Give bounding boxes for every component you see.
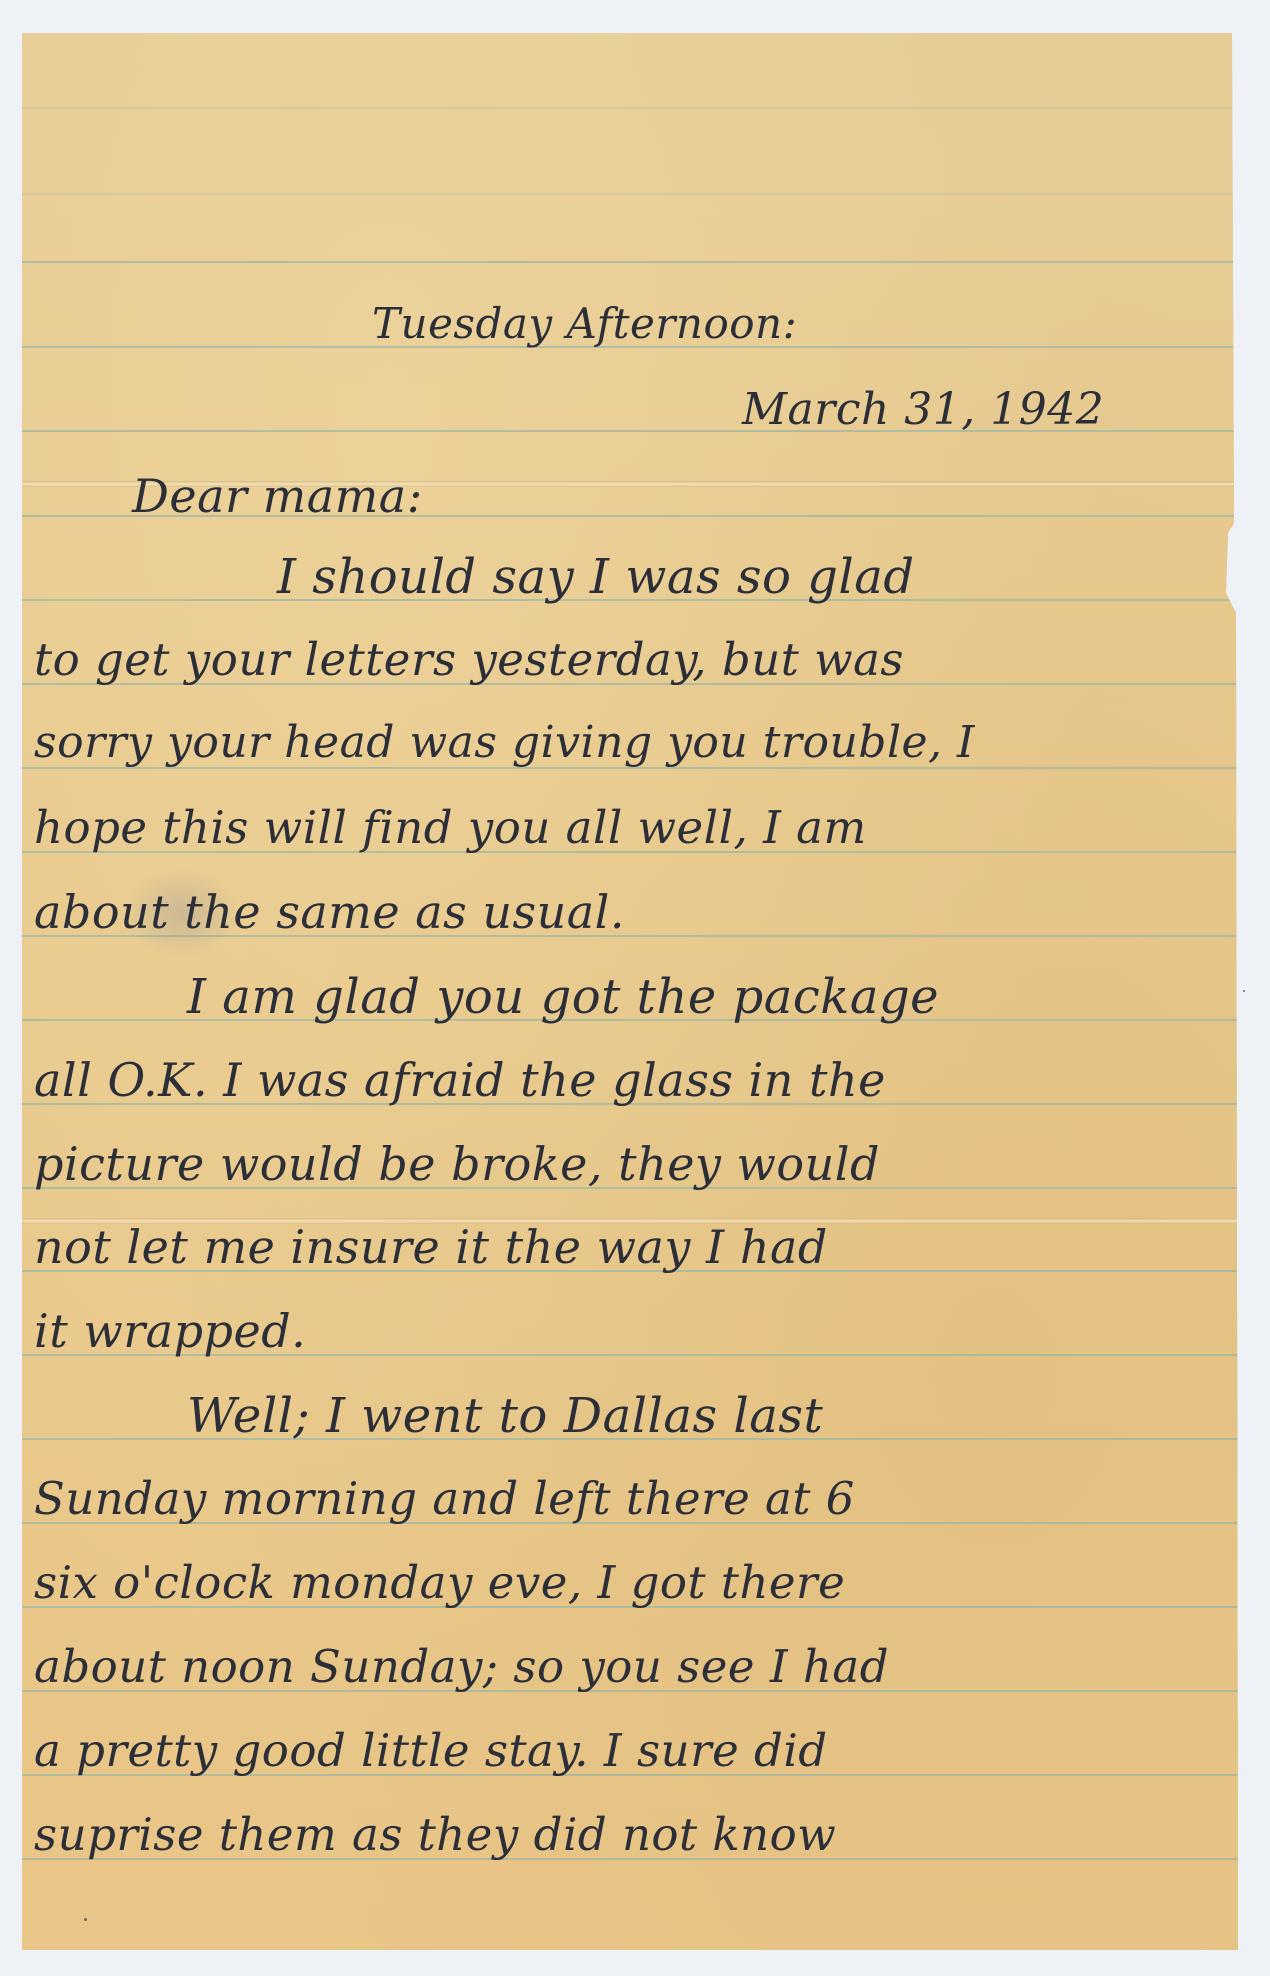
- salutation: Dear mama:: [132, 473, 423, 519]
- ruled-line: [22, 261, 1238, 263]
- ruled-line: [22, 107, 1238, 109]
- letter-line: hope this will find you all well, I am: [34, 805, 867, 850]
- letter-line: to get your letters yesterday, but was: [34, 637, 904, 682]
- letter-line: sorry your head was giving you trouble, …: [34, 721, 975, 765]
- paper-speck: [84, 1918, 87, 1921]
- letter-line: about noon Sunday; so you see I had: [34, 1644, 889, 1689]
- dateline-date: March 31, 1942: [742, 388, 1104, 432]
- ruled-line: [22, 193, 1238, 195]
- letter-line: six o'clock monday eve, I got there: [34, 1560, 845, 1605]
- letter-line: it wrapped.: [34, 1308, 306, 1354]
- letter-line: suprise them as they did not know: [34, 1812, 836, 1857]
- dateline-day: Tuesday Afternoon:: [372, 303, 797, 345]
- scan-speck: [1243, 990, 1245, 992]
- letter-line: not let me insure it the way I had: [34, 1224, 828, 1270]
- letter-line: a pretty good little stay. I sure did: [34, 1728, 828, 1773]
- letter-line: picture would be broke, they would: [34, 1141, 880, 1187]
- letter-line: Well; I went to Dallas last: [187, 1392, 823, 1440]
- letter-line: all O.K. I was afraid the glass in the: [34, 1057, 886, 1103]
- letter-line: about the same as usual.: [34, 889, 625, 935]
- letter-line: I am glad you got the package: [187, 973, 939, 1021]
- letter-page: Tuesday Afternoon: March 31, 1942 Dear m…: [22, 33, 1238, 1950]
- letter-line: Sunday morning and left there at 6: [34, 1476, 855, 1521]
- letter-line: I should say I was so glad: [277, 553, 915, 601]
